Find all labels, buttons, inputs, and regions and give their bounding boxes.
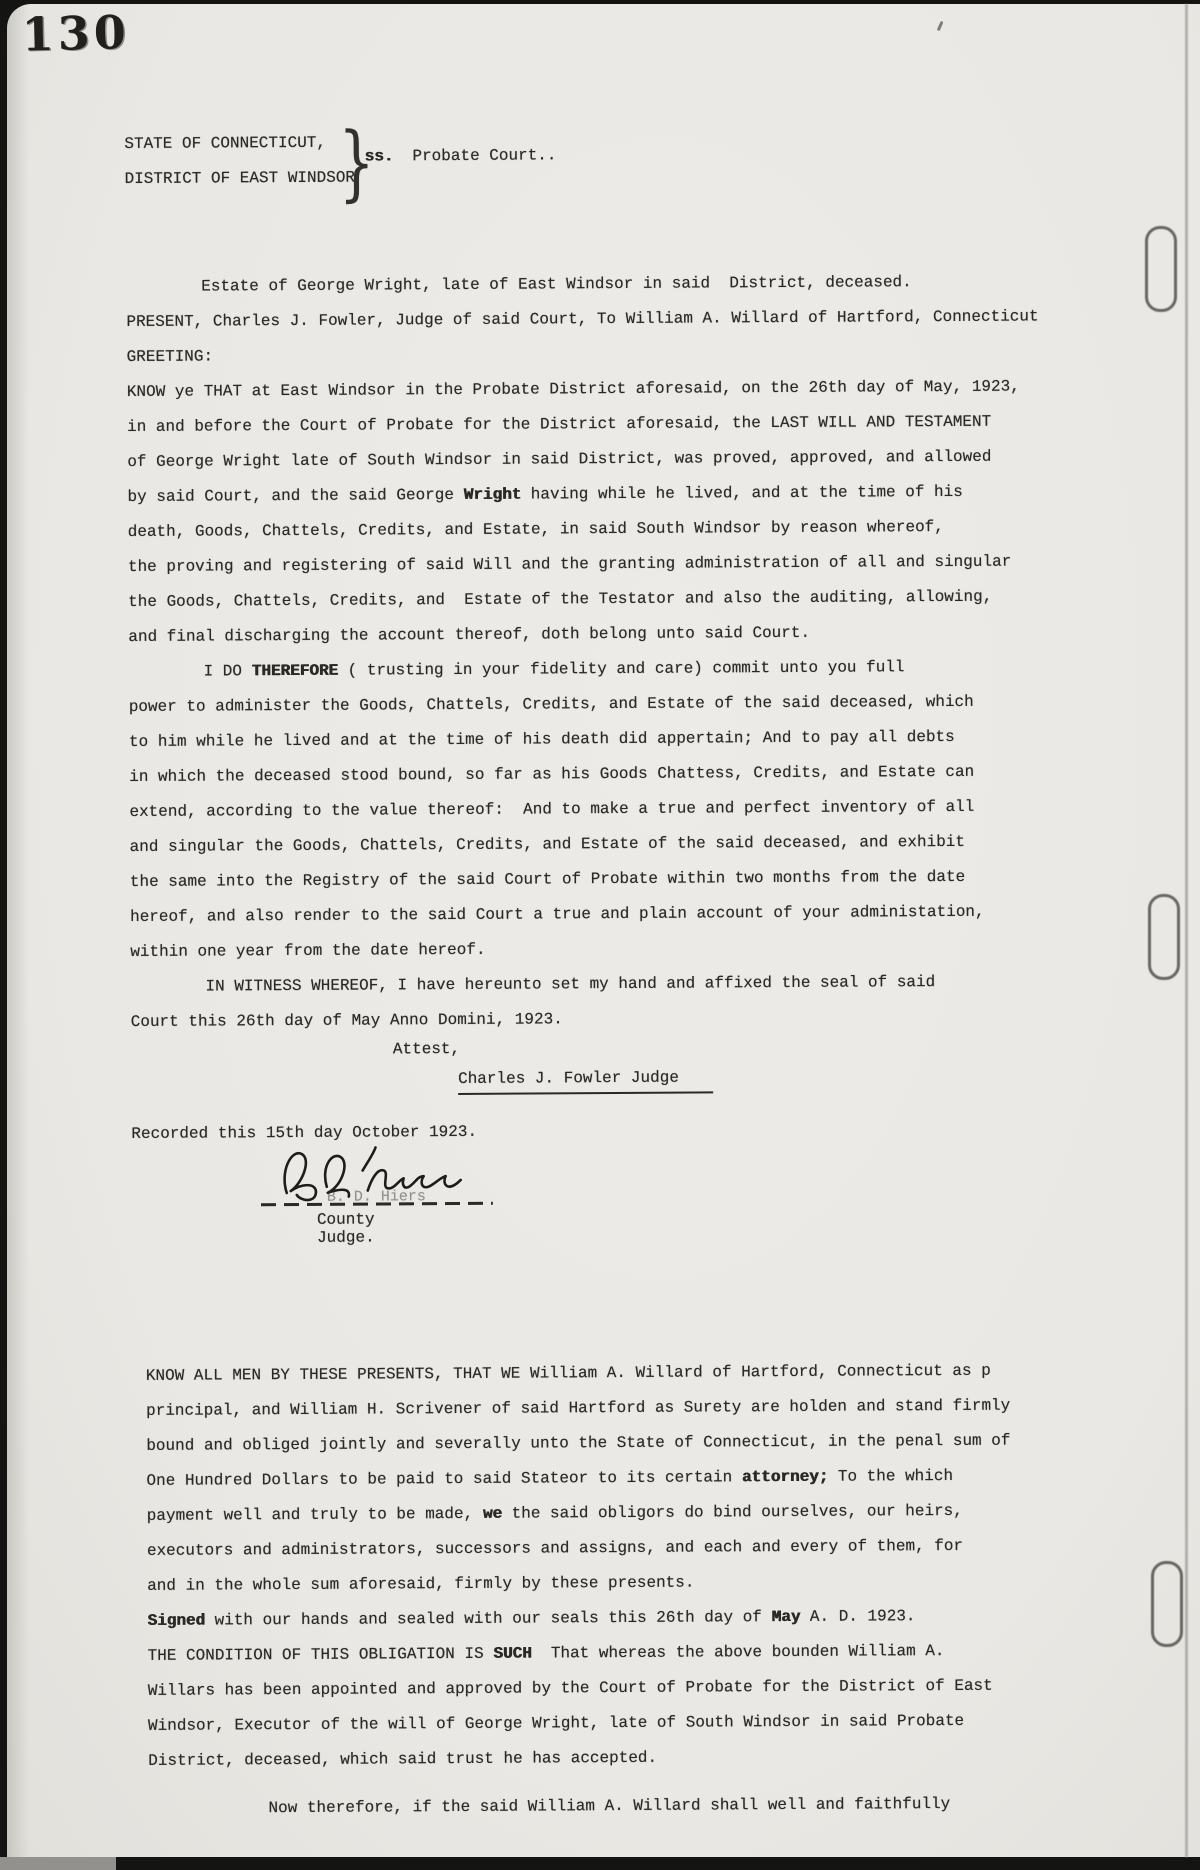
probate-court-label: Probate Court.. [393, 146, 556, 165]
page-number-stamp: 130 [21, 5, 130, 62]
typed-line: Now therefore, if the said William A. Wi… [148, 1786, 1128, 1827]
typed-line: I DO THEREFORE ( trusting in your fideli… [128, 649, 1108, 690]
typed-line: bound and obliged jointly and severally … [146, 1423, 1126, 1464]
typed-line: Windsor, Executor of the will of George … [148, 1703, 1128, 1744]
typed-line: of George Wright late of South Windsor i… [127, 439, 1107, 480]
typed-line: Estate of George Wright, late of East Wi… [126, 264, 1106, 305]
typed-line: in which the deceased stood bound, so fa… [129, 754, 1109, 795]
stray-mark-icon [937, 21, 944, 31]
typed-line: payment well and truly to be made, we th… [147, 1493, 1127, 1534]
typed-line: PRESENT, Charles J. Fowler, Judge of sai… [126, 299, 1106, 340]
attest-label: Attest, [393, 1040, 460, 1058]
typed-content: 130 STATE OF CONNECTICUT, DISTRICT OF EA… [2, 0, 1200, 1858]
typed-line: KNOW ye THAT at East Windsor in the Prob… [127, 369, 1107, 410]
typed-line: and singular the Goods, Chattels, Credit… [130, 824, 1110, 865]
caption-state-line: STATE OF CONNECTICUT, [124, 134, 326, 153]
typed-line: principal, and William H. Scrivener of s… [146, 1388, 1126, 1429]
typed-line: to him while he lived and at the time of… [129, 719, 1109, 760]
typed-line: death, Goods, Chattels, Credits, and Est… [128, 509, 1108, 550]
county-judge-title: County Judge. [317, 1210, 375, 1246]
typed-line: extend, according to the value thereof: … [129, 789, 1109, 830]
judge-signature-line: Charles J. Fowler Judge [458, 1068, 713, 1095]
probate-bond-body: KNOW ALL MEN BY THESE PRESENTS, THAT WE … [146, 1353, 1129, 1779]
typed-line: One Hundred Dollars to be paid to said S… [146, 1458, 1126, 1499]
ss-abbreviation: ss. [364, 147, 393, 165]
typed-line: the Goods, Chattels, Credits, and Estate… [128, 579, 1108, 620]
letters-testamentary-body: Estate of George Wright, late of East Wi… [126, 264, 1111, 1040]
caption-block: STATE OF CONNECTICUT, DISTRICT OF EAST W… [2, 0, 1195, 5]
binder-slot-icon [1145, 226, 1177, 312]
scanned-page: 130 STATE OF CONNECTICUT, DISTRICT OF EA… [0, 0, 1200, 1870]
typed-line: GREETING: [127, 334, 1107, 375]
binder-slot-icon [1151, 1561, 1183, 1647]
typed-line: by said Court, and the said George Wrigh… [127, 474, 1107, 515]
paper-edge-shadow [1185, 4, 1188, 1857]
probate-bond-closing: Now therefore, if the said William A. Wi… [148, 1786, 1128, 1827]
scan-bottom-edge [0, 1857, 116, 1870]
typed-line: executors and administrators, successors… [147, 1528, 1127, 1569]
typed-line: KNOW ALL MEN BY THESE PRESENTS, THAT WE … [146, 1353, 1126, 1394]
typed-line: Signed with our hands and sealed with ou… [147, 1598, 1127, 1639]
binder-slot-icon [1148, 894, 1180, 980]
typed-line: Court this 26th day of May Anno Domini, … [131, 999, 1111, 1040]
typed-line: within one year from the date hereof. [130, 929, 1110, 970]
typed-line: and final discharging the account thereo… [128, 614, 1108, 655]
typed-line: the proving and registering of said Will… [128, 544, 1108, 585]
typed-line: the same into the Registry of the said C… [130, 859, 1110, 900]
typed-line: hereof, and also render to the said Cour… [130, 894, 1110, 935]
caption-court-line: ss. Probate Court.. [364, 146, 556, 165]
typed-line: and in the whole sum aforesaid, firmly b… [147, 1563, 1127, 1604]
paper: 130 STATE OF CONNECTICUT, DISTRICT OF EA… [7, 4, 1200, 1857]
typed-line: IN WITNESS WHEREOF, I have hereunto set … [130, 964, 1110, 1005]
typed-line: in and before the Court of Probate for t… [127, 404, 1107, 445]
typed-line: power to administer the Goods, Chattels,… [129, 684, 1109, 725]
typed-line: Willars has been appointed and approved … [148, 1668, 1128, 1709]
caption-district-line: DISTRICT OF EAST WINDSOR [125, 169, 356, 188]
typed-line: District, deceased, which said trust he … [148, 1738, 1128, 1779]
typed-line: THE CONDITION OF THIS OBLIGATION IS SUCH… [147, 1633, 1127, 1674]
